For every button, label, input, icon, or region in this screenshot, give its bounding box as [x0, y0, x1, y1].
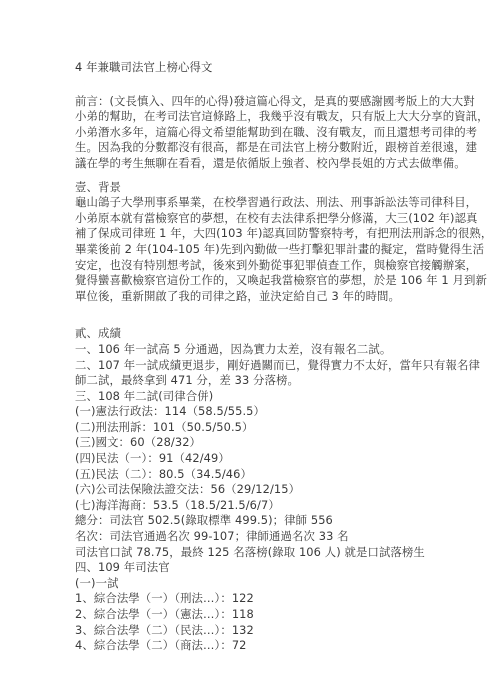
background-line: 畢業後前 2 年(104-105 年)先到內勤做一些打擊犯罪計畫的擬定，當時覺得…	[75, 242, 420, 258]
document-title: 4 年兼職司法官上榜心得文	[75, 60, 420, 76]
score-line: (一)憲法行政法：114（58.5/55.5）	[75, 404, 420, 420]
intro-line: 議在學的考生無聊在看看，還是依循版上強者、校內學長姐的方式去做準備。	[75, 156, 420, 172]
section-heading-scores: 貳、成績	[75, 326, 420, 342]
background-line: 小弟原本就有當檢察官的夢想，在校有去法律系把學分修滿，大三(102 年)認真	[75, 211, 420, 227]
score-line: (七)海洋海商：53.5（18.5/21.5/6/7）	[75, 498, 420, 514]
score-line: (二)刑法刑訴：101（50.5/50.5）	[75, 420, 420, 436]
score-line: 2、綜合法學（一）（憲法…）：118	[75, 607, 420, 623]
score-line: 名次：司法官通過名次 99-107；律師通過名次 33 名	[75, 529, 420, 545]
score-line: (四)民法（一）：91（42/49）	[75, 451, 420, 467]
score-line: 二、107 年一試成績更退步，剛好過關而已，覺得實力不太好，當年只有報名律	[75, 358, 420, 374]
background-line: 龜山鴿子大學刑事系畢業，在校學習過行政法、刑法、刑事訴訟法等司律科目，	[75, 195, 420, 211]
background-line: 單位後，重新開啟了我的司律之路，並決定給自己 3 年的時間。	[75, 289, 420, 305]
spacer	[75, 304, 420, 326]
document-page: 4 年兼職司法官上榜心得文 前言：(文長慎入、四年的心得)發這篇心得文，是真的要…	[75, 60, 420, 654]
scores-list: 一、106 年一試高 5 分通過，因為實力太差，沒有報名二試。 二、107 年一…	[75, 342, 420, 654]
score-line: (六)公司法保險法證交法：56（29/12/15）	[75, 482, 420, 498]
score-line: 司法官口試 78.75，最終 125 名落榜(錄取 106 人) 就是口試落榜生	[75, 545, 420, 561]
score-line: (三)國文：60（28/32）	[75, 435, 420, 451]
score-line: (一)一試	[75, 576, 420, 592]
intro-line: 小弟潛水多年，這篇心得文希望能幫助到在職、沒有戰友，而且還想考司律的考	[75, 125, 420, 141]
background-line: 補了保成司律班 1 年，大四(103 年)認真回防警察特考，有把刑法刑訴念的很熟…	[75, 226, 420, 242]
spacer	[75, 76, 420, 94]
background-paragraph: 龜山鴿子大學刑事系畢業，在校學習過行政法、刑法、刑事訴訟法等司律科目， 小弟原本…	[75, 195, 420, 304]
score-line: 1、綜合法學（一）（刑法…）：122	[75, 591, 420, 607]
score-line: 4、綜合法學（二）（商法…）：72	[75, 638, 420, 654]
score-line: (五)民法（二）：80.5（34.5/46）	[75, 467, 420, 483]
section-heading-background: 壹、背景	[75, 180, 420, 196]
score-line: 三、108 年二試(司律合併)	[75, 389, 420, 405]
background-line: 覺得蠻喜歡檢察官這份工作的，又喚起我當檢察官的夢想，於是 106 年 1 月到新	[75, 273, 420, 289]
score-line: 師二試，最終拿到 471 分，差 33 分落榜。	[75, 373, 420, 389]
intro-line: 小弟的幫助，在考司法官這條路上，我幾乎沒有戰友，只有版上大大分享的資訊，	[75, 109, 420, 125]
score-line: 總分：司法官 502.5(錄取標準 499.5)；律師 556	[75, 513, 420, 529]
score-line: 3、綜合法學（二）（民法…）：132	[75, 623, 420, 639]
score-line: 四、109 年司法官	[75, 560, 420, 576]
score-line: 一、106 年一試高 5 分通過，因為實力太差，沒有報名二試。	[75, 342, 420, 358]
intro-line: 前言：(文長慎入、四年的心得)發這篇心得文，是真的要感謝國考版上的大大對	[75, 94, 420, 110]
spacer	[75, 172, 420, 180]
background-line: 安定，也沒有特別想考試，後來到外勤從事犯罪偵查工作，與檢察官接觸辦案，	[75, 258, 420, 274]
intro-paragraph: 前言：(文長慎入、四年的心得)發這篇心得文，是真的要感謝國考版上的大大對 小弟的…	[75, 94, 420, 172]
intro-line: 生。因為我的分數都沒有很高，都是在司法官上榜分數附近，跟榜首差很遠，建	[75, 140, 420, 156]
